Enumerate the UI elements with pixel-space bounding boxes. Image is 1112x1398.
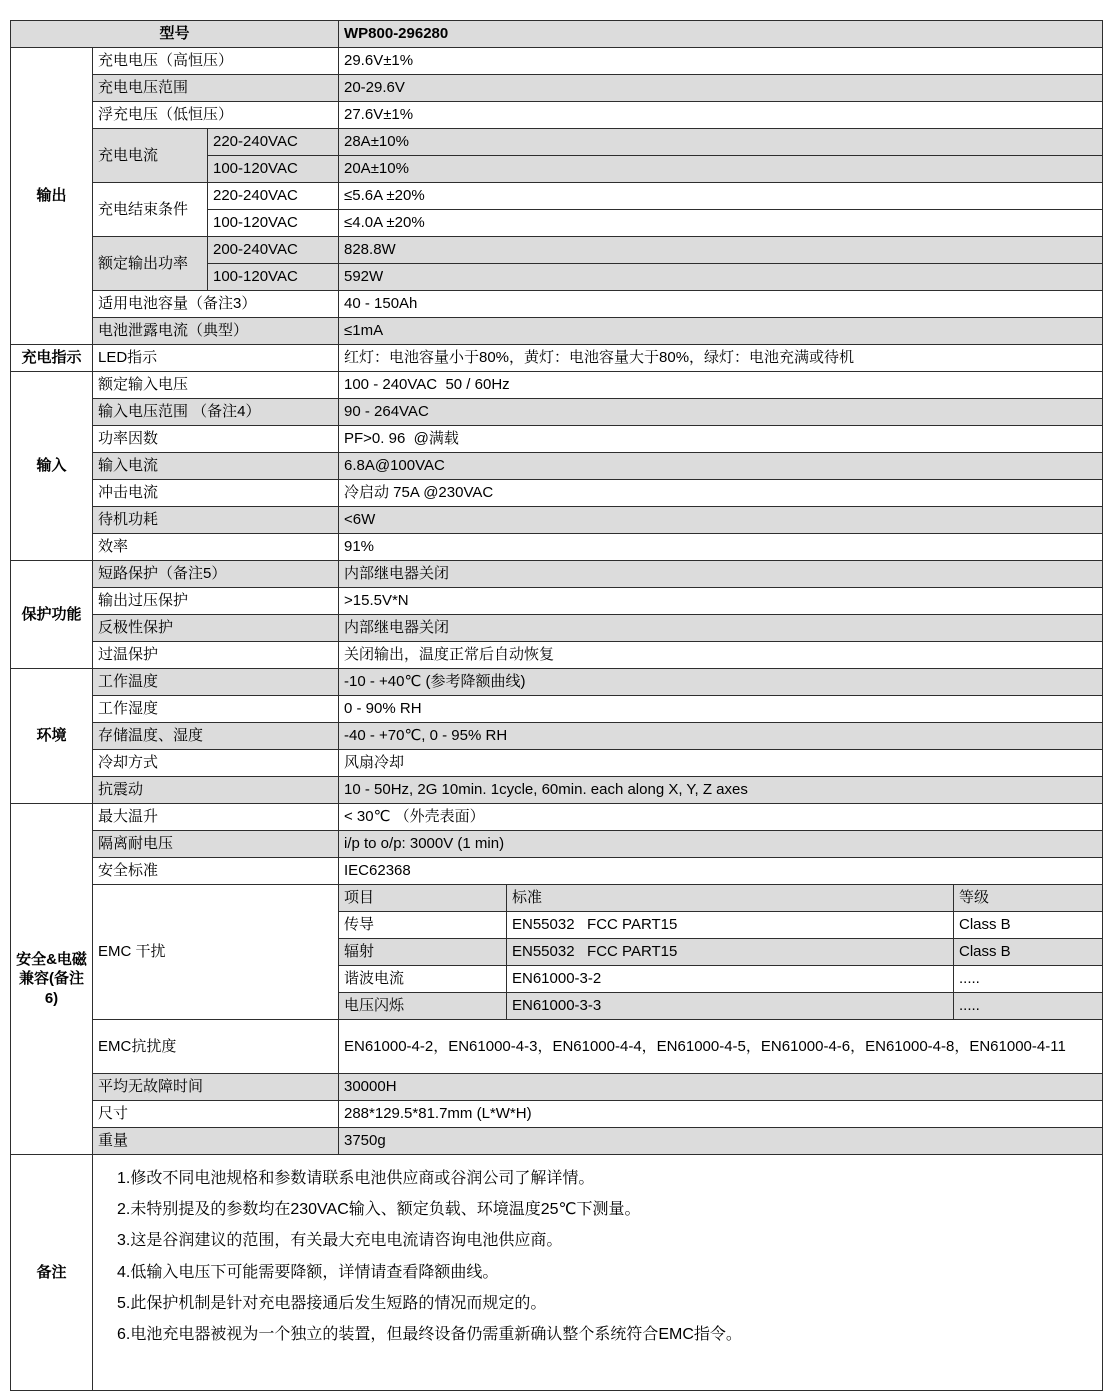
param-cell: 尺寸 bbox=[93, 1101, 339, 1128]
note-line: 2.未特别提及的参数均在230VAC输入、额定负载、环境温度25℃下测量。 bbox=[117, 1194, 1092, 1225]
table-row: EMC抗扰度 EN61000-4-2，EN61000-4-3，EN61000-4… bbox=[11, 1020, 1103, 1074]
note-line: 6.电池充电器被视为一个独立的装置，但最终设备仍需重新确认整个系统符合EMC指令… bbox=[117, 1319, 1092, 1350]
value-cell: 关闭输出，温度正常后自动恢复 bbox=[339, 642, 1103, 669]
value-cell: 10 - 50Hz, 2G 10min. 1cycle, 60min. each… bbox=[339, 777, 1103, 804]
value-cell: 29.6V±1% bbox=[339, 48, 1103, 75]
emc-level-cell: ..... bbox=[954, 993, 1103, 1020]
table-row: 充电电流 220-240VAC 28A±10% bbox=[11, 129, 1103, 156]
emc-level-cell: Class B bbox=[954, 939, 1103, 966]
table-row: 保护功能 短路保护（备注5） 内部继电器关闭 bbox=[11, 561, 1103, 588]
param-cell: 额定输出功率 bbox=[93, 237, 208, 291]
note-line: 1.修改不同电池规格和参数请联系电池供应商或谷润公司了解详情。 bbox=[117, 1163, 1092, 1194]
sub-condition-cell: 100-120VAC bbox=[208, 264, 339, 291]
param-cell: 过温保护 bbox=[93, 642, 339, 669]
emc-header-standard: 标准 bbox=[507, 885, 954, 912]
emc-standard-cell: EN55032 FCC PART15 bbox=[507, 912, 954, 939]
value-cell: 红灯：电池容量小于80%，黄灯：电池容量大于80%，绿灯：电池充满或待机 bbox=[339, 345, 1103, 372]
sub-condition-cell: 100-120VAC bbox=[208, 156, 339, 183]
table-row: 重量 3750g bbox=[11, 1128, 1103, 1155]
table-row: 充电指示 LED指示 红灯：电池容量小于80%，黄灯：电池容量大于80%，绿灯：… bbox=[11, 345, 1103, 372]
value-cell: 27.6V±1% bbox=[339, 102, 1103, 129]
table-row: 效率 91% bbox=[11, 534, 1103, 561]
table-row: 反极性保护 内部继电器关闭 bbox=[11, 615, 1103, 642]
emc-level-cell: ..... bbox=[954, 966, 1103, 993]
table-row: 冷却方式 风扇冷却 bbox=[11, 750, 1103, 777]
table-row: 过温保护 关闭输出，温度正常后自动恢复 bbox=[11, 642, 1103, 669]
note-line: 5.此保护机制是针对充电器接通后发生短路的情况而规定的。 bbox=[117, 1288, 1092, 1319]
param-cell: 重量 bbox=[93, 1128, 339, 1155]
spec-sheet: 型号 WP800-296280 输出 充电电压（高恒压） 29.6V±1% 充电… bbox=[10, 20, 1102, 1391]
table-row: 输入电流 6.8A@100VAC bbox=[11, 453, 1103, 480]
param-cell: 输入电流 bbox=[93, 453, 339, 480]
value-cell: < 30℃ （外壳表面） bbox=[339, 804, 1103, 831]
value-cell: 592W bbox=[339, 264, 1103, 291]
model-row: 型号 WP800-296280 bbox=[11, 21, 1103, 48]
value-cell: IEC62368 bbox=[339, 858, 1103, 885]
param-cell: EMC抗扰度 bbox=[93, 1020, 339, 1074]
sub-condition-cell: 200-240VAC bbox=[208, 237, 339, 264]
emc-header-row: EMC 干扰 项目 标准 等级 bbox=[11, 885, 1103, 912]
value-cell: 100 - 240VAC 50 / 60Hz bbox=[339, 372, 1103, 399]
table-row: 输入 额定输入电压 100 - 240VAC 50 / 60Hz bbox=[11, 372, 1103, 399]
table-row: 输入电压范围 （备注4） 90 - 264VAC bbox=[11, 399, 1103, 426]
param-cell: 浮充电压（低恒压） bbox=[93, 102, 339, 129]
value-cell: 91% bbox=[339, 534, 1103, 561]
notes-row: 备注 1.修改不同电池规格和参数请联系电池供应商或谷润公司了解详情。 2.未特别… bbox=[11, 1155, 1103, 1391]
section-safety-emc-label: 安全&电磁兼容(备注6) bbox=[11, 804, 93, 1155]
param-cell: 最大温升 bbox=[93, 804, 339, 831]
value-cell: 6.8A@100VAC bbox=[339, 453, 1103, 480]
section-charge-indicator-label: 充电指示 bbox=[11, 345, 93, 372]
value-cell: 288*129.5*81.7mm (L*W*H) bbox=[339, 1101, 1103, 1128]
param-cell: 反极性保护 bbox=[93, 615, 339, 642]
table-row: 隔离耐电压 i/p to o/p: 3000V (1 min) bbox=[11, 831, 1103, 858]
value-cell: 28A±10% bbox=[339, 129, 1103, 156]
notes-cell: 1.修改不同电池规格和参数请联系电池供应商或谷润公司了解详情。 2.未特别提及的… bbox=[93, 1155, 1103, 1391]
value-cell: <6W bbox=[339, 507, 1103, 534]
param-cell: 充电电流 bbox=[93, 129, 208, 183]
table-row: 待机功耗 <6W bbox=[11, 507, 1103, 534]
value-cell: 90 - 264VAC bbox=[339, 399, 1103, 426]
param-cell: 额定输入电压 bbox=[93, 372, 339, 399]
table-row: 输出过压保护 >15.5V*N bbox=[11, 588, 1103, 615]
emc-item-cell: 谐波电流 bbox=[339, 966, 507, 993]
emc-item-cell: 辐射 bbox=[339, 939, 507, 966]
param-cell: 效率 bbox=[93, 534, 339, 561]
table-row: 额定输出功率 200-240VAC 828.8W bbox=[11, 237, 1103, 264]
table-row: 功率因数 PF>0. 96 @满载 bbox=[11, 426, 1103, 453]
param-cell: 待机功耗 bbox=[93, 507, 339, 534]
emc-item-cell: 电压闪烁 bbox=[339, 993, 507, 1020]
value-cell: 828.8W bbox=[339, 237, 1103, 264]
section-input-label: 输入 bbox=[11, 372, 93, 561]
param-cell: 输出过压保护 bbox=[93, 588, 339, 615]
sub-condition-cell: 220-240VAC bbox=[208, 129, 339, 156]
param-cell: 功率因数 bbox=[93, 426, 339, 453]
table-row: 尺寸 288*129.5*81.7mm (L*W*H) bbox=[11, 1101, 1103, 1128]
value-cell: EN61000-4-2，EN61000-4-3，EN61000-4-4，EN61… bbox=[339, 1020, 1103, 1074]
table-row: 输出 充电电压（高恒压） 29.6V±1% bbox=[11, 48, 1103, 75]
section-notes-label: 备注 bbox=[11, 1155, 93, 1391]
param-cell: 冲击电流 bbox=[93, 480, 339, 507]
param-cell: 工作湿度 bbox=[93, 696, 339, 723]
emc-level-cell: Class B bbox=[954, 912, 1103, 939]
table-row: 抗震动 10 - 50Hz, 2G 10min. 1cycle, 60min. … bbox=[11, 777, 1103, 804]
param-cell: 抗震动 bbox=[93, 777, 339, 804]
value-cell: 内部继电器关闭 bbox=[339, 615, 1103, 642]
emc-standard-cell: EN61000-3-2 bbox=[507, 966, 954, 993]
param-cell: 充电结束条件 bbox=[93, 183, 208, 237]
value-cell: 冷启动 75A @230VAC bbox=[339, 480, 1103, 507]
param-cell: 存储温度、湿度 bbox=[93, 723, 339, 750]
sub-condition-cell: 100-120VAC bbox=[208, 210, 339, 237]
emc-header-item: 项目 bbox=[339, 885, 507, 912]
table-row: 充电电压范围 20-29.6V bbox=[11, 75, 1103, 102]
model-value: WP800-296280 bbox=[339, 21, 1103, 48]
emc-standard-cell: EN61000-3-3 bbox=[507, 993, 954, 1020]
value-cell: 20-29.6V bbox=[339, 75, 1103, 102]
table-row: 电池泄露电流（典型） ≤1mA bbox=[11, 318, 1103, 345]
table-row: 浮充电压（低恒压） 27.6V±1% bbox=[11, 102, 1103, 129]
note-line: 3.这是谷润建议的范围，有关最大充电电流请咨询电池供应商。 bbox=[117, 1225, 1092, 1256]
value-cell: PF>0. 96 @满载 bbox=[339, 426, 1103, 453]
value-cell: 3750g bbox=[339, 1128, 1103, 1155]
table-row: 安全&电磁兼容(备注6) 最大温升 < 30℃ （外壳表面） bbox=[11, 804, 1103, 831]
param-cell: 充电电压（高恒压） bbox=[93, 48, 339, 75]
value-cell: 20A±10% bbox=[339, 156, 1103, 183]
emc-header-level: 等级 bbox=[954, 885, 1103, 912]
param-cell: LED指示 bbox=[93, 345, 339, 372]
emc-item-cell: 传导 bbox=[339, 912, 507, 939]
table-row: 平均无故障时间 30000H bbox=[11, 1074, 1103, 1101]
table-row: 安全标准 IEC62368 bbox=[11, 858, 1103, 885]
table-row: 工作湿度 0 - 90% RH bbox=[11, 696, 1103, 723]
value-cell: ≤5.6A ±20% bbox=[339, 183, 1103, 210]
section-output-label: 输出 bbox=[11, 48, 93, 345]
value-cell: 0 - 90% RH bbox=[339, 696, 1103, 723]
table-row: 充电结束条件 220-240VAC ≤5.6A ±20% bbox=[11, 183, 1103, 210]
sub-condition-cell: 220-240VAC bbox=[208, 183, 339, 210]
section-environment-label: 环境 bbox=[11, 669, 93, 804]
param-cell: 充电电压范围 bbox=[93, 75, 339, 102]
param-cell-emc-emission: EMC 干扰 bbox=[93, 885, 339, 1020]
value-cell: >15.5V*N bbox=[339, 588, 1103, 615]
value-cell: i/p to o/p: 3000V (1 min) bbox=[339, 831, 1103, 858]
table-row: 适用电池容量（备注3） 40 - 150Ah bbox=[11, 291, 1103, 318]
param-cell: 冷却方式 bbox=[93, 750, 339, 777]
value-cell: 30000H bbox=[339, 1074, 1103, 1101]
spec-table: 型号 WP800-296280 输出 充电电压（高恒压） 29.6V±1% 充电… bbox=[10, 20, 1103, 1391]
model-label: 型号 bbox=[11, 21, 339, 48]
section-protection-label: 保护功能 bbox=[11, 561, 93, 669]
param-cell: 电池泄露电流（典型） bbox=[93, 318, 339, 345]
emc-standard-cell: EN55032 FCC PART15 bbox=[507, 939, 954, 966]
param-cell: 工作温度 bbox=[93, 669, 339, 696]
table-row: 冲击电流 冷启动 75A @230VAC bbox=[11, 480, 1103, 507]
param-cell: 输入电压范围 （备注4） bbox=[93, 399, 339, 426]
value-cell: ≤1mA bbox=[339, 318, 1103, 345]
param-cell: 平均无故障时间 bbox=[93, 1074, 339, 1101]
value-cell: 40 - 150Ah bbox=[339, 291, 1103, 318]
value-cell: 风扇冷却 bbox=[339, 750, 1103, 777]
value-cell: 内部继电器关闭 bbox=[339, 561, 1103, 588]
param-cell: 适用电池容量（备注3） bbox=[93, 291, 339, 318]
param-cell: 短路保护（备注5） bbox=[93, 561, 339, 588]
value-cell: -10 - +40℃ (参考降额曲线) bbox=[339, 669, 1103, 696]
note-line: 4.低输入电压下可能需要降额，详情请查看降额曲线。 bbox=[117, 1257, 1092, 1288]
table-row: 存储温度、湿度 -40 - +70℃, 0 - 95% RH bbox=[11, 723, 1103, 750]
value-cell: ≤4.0A ±20% bbox=[339, 210, 1103, 237]
value-cell: -40 - +70℃, 0 - 95% RH bbox=[339, 723, 1103, 750]
param-cell: 隔离耐电压 bbox=[93, 831, 339, 858]
table-row: 环境 工作温度 -10 - +40℃ (参考降额曲线) bbox=[11, 669, 1103, 696]
param-cell: 安全标准 bbox=[93, 858, 339, 885]
